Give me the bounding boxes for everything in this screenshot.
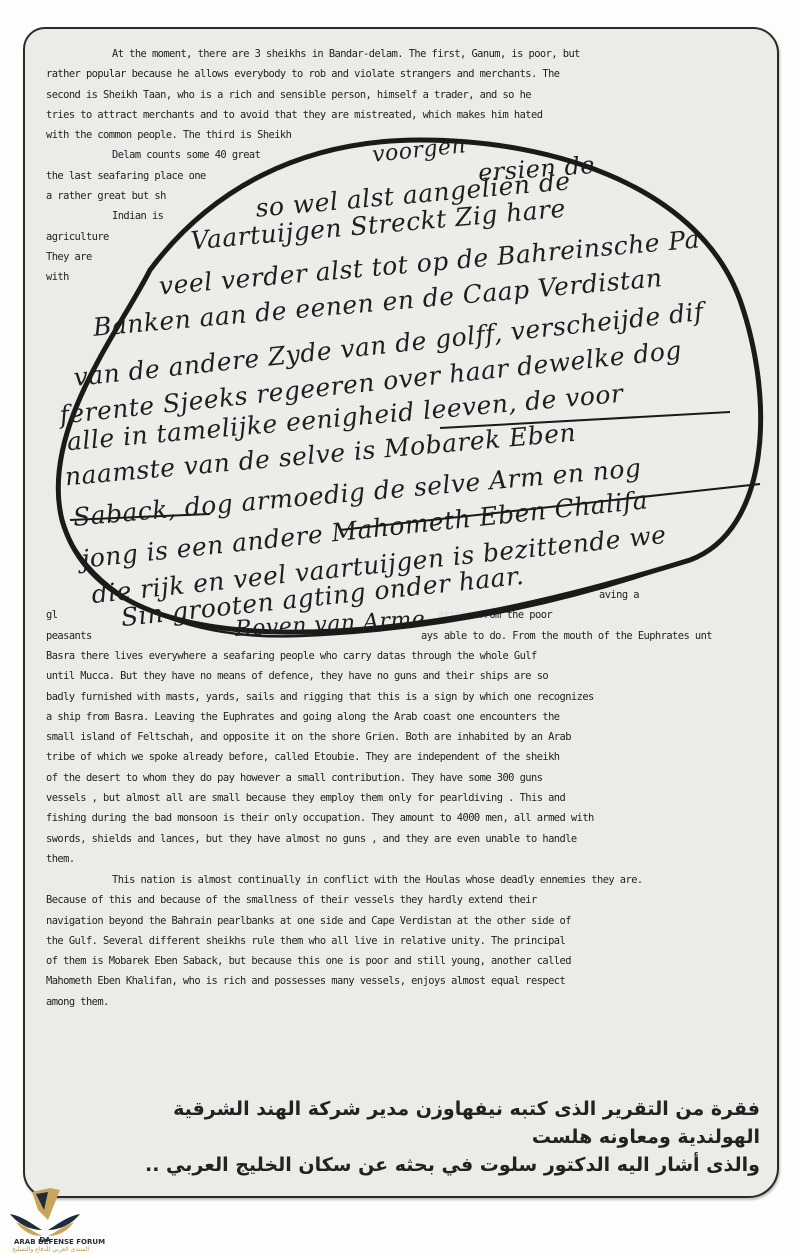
watermark-name-en: ARAB DEFENSE FORUM — [14, 1238, 105, 1246]
watermark-name-ar: المنتدى العربي للدفاع والتسليح — [12, 1246, 89, 1253]
caption-line: فقرة من التقرير الذى كتبه نيفهاوزن مدير … — [90, 1095, 760, 1151]
arabic-caption: فقرة من التقرير الذى كتبه نيفهاوزن مدير … — [90, 1095, 760, 1179]
caption-line: والذى أشار اليه الدكتور سلوت في بحثه عن … — [90, 1151, 760, 1179]
